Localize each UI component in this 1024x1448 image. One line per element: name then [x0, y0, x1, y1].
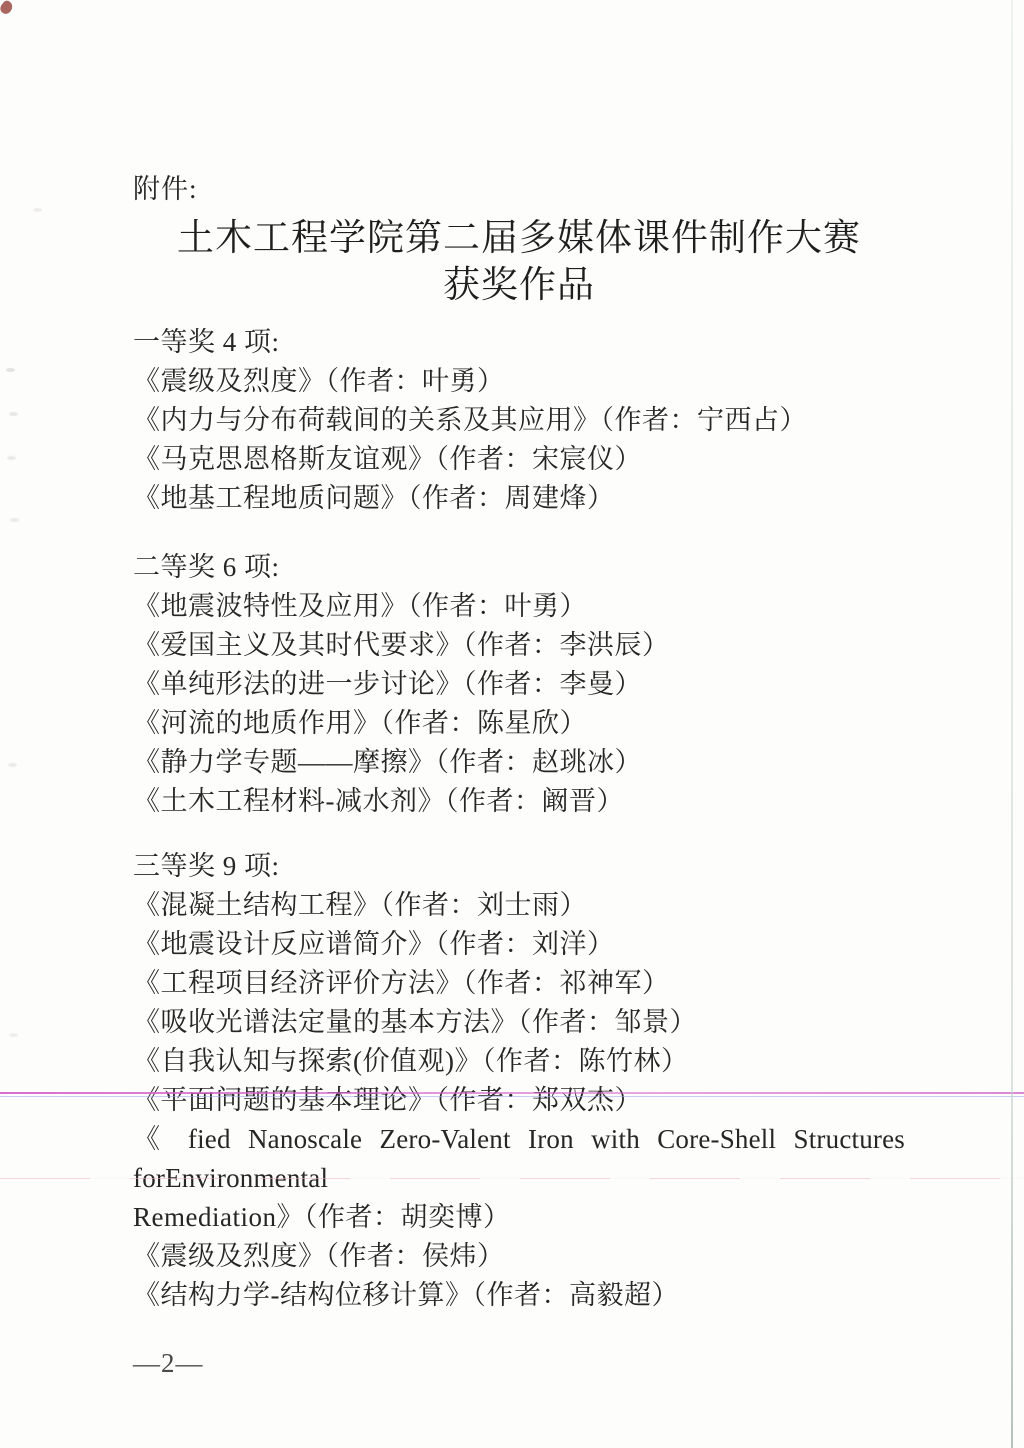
award-item: 《震级及烈度》（作者：侯炜）	[133, 1237, 905, 1276]
attachment-label: 附件:	[133, 170, 905, 209]
award-item: 《爱国主义及其时代要求》（作者：李洪辰）	[133, 626, 905, 665]
award-item: 《土木工程材料-减水剂》（作者：阚晋）	[133, 782, 905, 821]
award-item-english-line2: Remediation》（作者：胡奕博）	[133, 1198, 905, 1237]
award-item: 《地基工程地质问题》（作者：周建烽）	[133, 479, 905, 518]
award-item: 《地震设计反应谱简介》（作者：刘洋）	[133, 925, 905, 964]
award-item: 《马克思恩格斯友谊观》（作者：宋宸仪）	[133, 440, 905, 479]
award-item: 《结构力学-结构位移计算》（作者：高毅超）	[133, 1276, 905, 1315]
award-item: 《内力与分布荷载间的关系及其应用》（作者：宁西占）	[133, 401, 905, 440]
scan-artifact-pink-line	[0, 1178, 1024, 1179]
scan-edge-smudges	[6, 368, 15, 372]
document-body: 附件: 土木工程学院第二届多媒体课件制作大赛 获奖作品 一等奖 4 项: 《震级…	[133, 0, 905, 1315]
award-item: 《地震波特性及应用》（作者：叶勇）	[133, 587, 905, 626]
section-header-first-prize: 一等奖 4 项:	[133, 323, 905, 362]
award-item: 《自我认知与探索(价值观)》（作者：陈竹林）	[133, 1042, 905, 1081]
award-item: 《平面问题的基本理论》（作者：郑双杰）	[133, 1081, 905, 1120]
document-title-line2: 获奖作品	[133, 263, 905, 309]
scanned-document-page: 附件: 土木工程学院第二届多媒体课件制作大赛 获奖作品 一等奖 4 项: 《震级…	[0, 0, 1024, 1448]
scan-artifact-blue-line	[0, 1096, 1024, 1097]
award-item: 《工程项目经济评价方法》（作者：祁神军）	[133, 964, 905, 1003]
award-item-english-line1: 《 fied Nanoscale Zero-Valent Iron with C…	[133, 1120, 905, 1198]
award-item: 《河流的地质作用》（作者：陈星欣）	[133, 704, 905, 743]
page-number: —2—	[133, 1348, 204, 1379]
award-item: 《吸收光谱法定量的基本方法》（作者：邹景）	[133, 1003, 905, 1042]
award-item: 《震级及烈度》（作者：叶勇）	[133, 362, 905, 401]
scan-corner-mark	[0, 0, 15, 16]
document-title-line1: 土木工程学院第二届多媒体课件制作大赛	[133, 215, 905, 263]
scan-artifact-right-edge-line	[1011, 0, 1013, 1448]
award-item: 《混凝土结构工程》（作者：刘士雨）	[133, 886, 905, 925]
award-item: 《单纯形法的进一步讨论》（作者：李曼）	[133, 665, 905, 704]
scan-artifact-magenta-line	[0, 1092, 1024, 1094]
section-header-third-prize: 三等奖 9 项:	[133, 847, 905, 886]
award-item: 《静力学专题——摩擦》（作者：赵珧冰）	[133, 743, 905, 782]
section-header-second-prize: 二等奖 6 项:	[133, 548, 905, 587]
